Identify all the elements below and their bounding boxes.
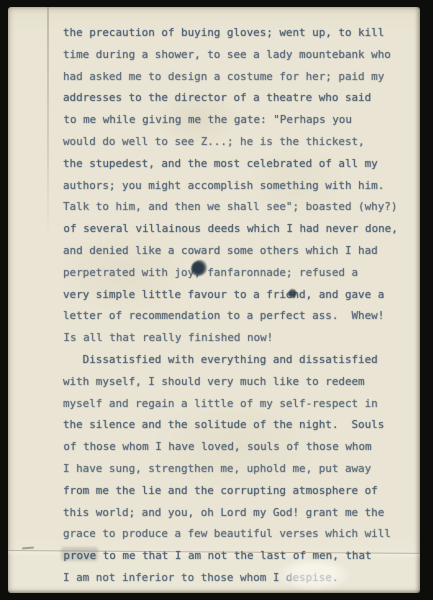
photo-frame: the precaution of buying gloves; went up… — [0, 0, 433, 600]
overstrike-mark-prove — [61, 547, 98, 561]
typewritten-line: Dissatisfied with everything and dissati… — [63, 349, 413, 371]
pencil-dash-mark — [22, 547, 34, 550]
typewritten-line: the silence and the solitude of the nigh… — [63, 414, 413, 436]
typewritten-line: very simple little favour to a friend, a… — [63, 284, 413, 306]
typewritten-line: I am not inferior to those whom I despis… — [63, 567, 413, 589]
typewritten-line: addresses to the director of a theatre w… — [63, 87, 413, 109]
typewritten-line: grace to produce a few beautiful verses … — [63, 523, 413, 545]
white-smudge-stain — [278, 558, 350, 591]
typewritten-line: myself and regain a little of my self-re… — [63, 393, 413, 415]
typewritten-line: authors; you might accomplish something … — [63, 175, 413, 197]
typewritten-line: to me while giving me the gate: "Perhaps… — [63, 109, 413, 131]
paper: the precaution of buying gloves; went up… — [8, 7, 420, 593]
overstrike-mark-friend — [288, 288, 297, 299]
paper-edge-shadow — [8, 589, 420, 593]
paper-edge-shadow — [415, 7, 420, 593]
typewritten-line: the precaution of buying gloves; went up… — [63, 22, 413, 44]
typewritten-line: Talk to him, and then we shall see"; boa… — [63, 196, 413, 218]
typewritten-line: from me the lie and the corrupting atmos… — [63, 480, 413, 502]
typewritten-line: would do well to see Z...; he is the thi… — [63, 131, 413, 153]
vertical-crease — [47, 7, 49, 237]
typewritten-line: I have sung, strengthen me, uphold me, p… — [63, 458, 413, 480]
typewritten-line: prove to me that I am not the last of me… — [63, 545, 413, 567]
typewritten-line: had asked me to design a costume for her… — [63, 66, 413, 88]
typewritten-line: of those whom I have loved, souls of tho… — [63, 436, 413, 458]
typewritten-line: letter of recommendation to a perfect as… — [63, 305, 413, 327]
typewritten-text: the precaution of buying gloves; went up… — [63, 22, 413, 589]
typewritten-line: Is all that really finished now! — [63, 327, 413, 349]
typewritten-line: this world; and you, oh Lord my God! gra… — [63, 502, 413, 524]
typewritten-line: perpetrated with joy, fanfaronnade; refu… — [63, 262, 413, 284]
typewritten-line: with myself, I should very much like to … — [63, 371, 413, 393]
typewritten-line: of several villainous deeds which I had … — [63, 218, 413, 240]
typewritten-line: and denied like a coward some others whi… — [63, 240, 413, 262]
typewritten-line: time during a shower, to see a lady moun… — [63, 44, 413, 66]
typewritten-line: the stupedest, and the most celebrated o… — [63, 153, 413, 175]
